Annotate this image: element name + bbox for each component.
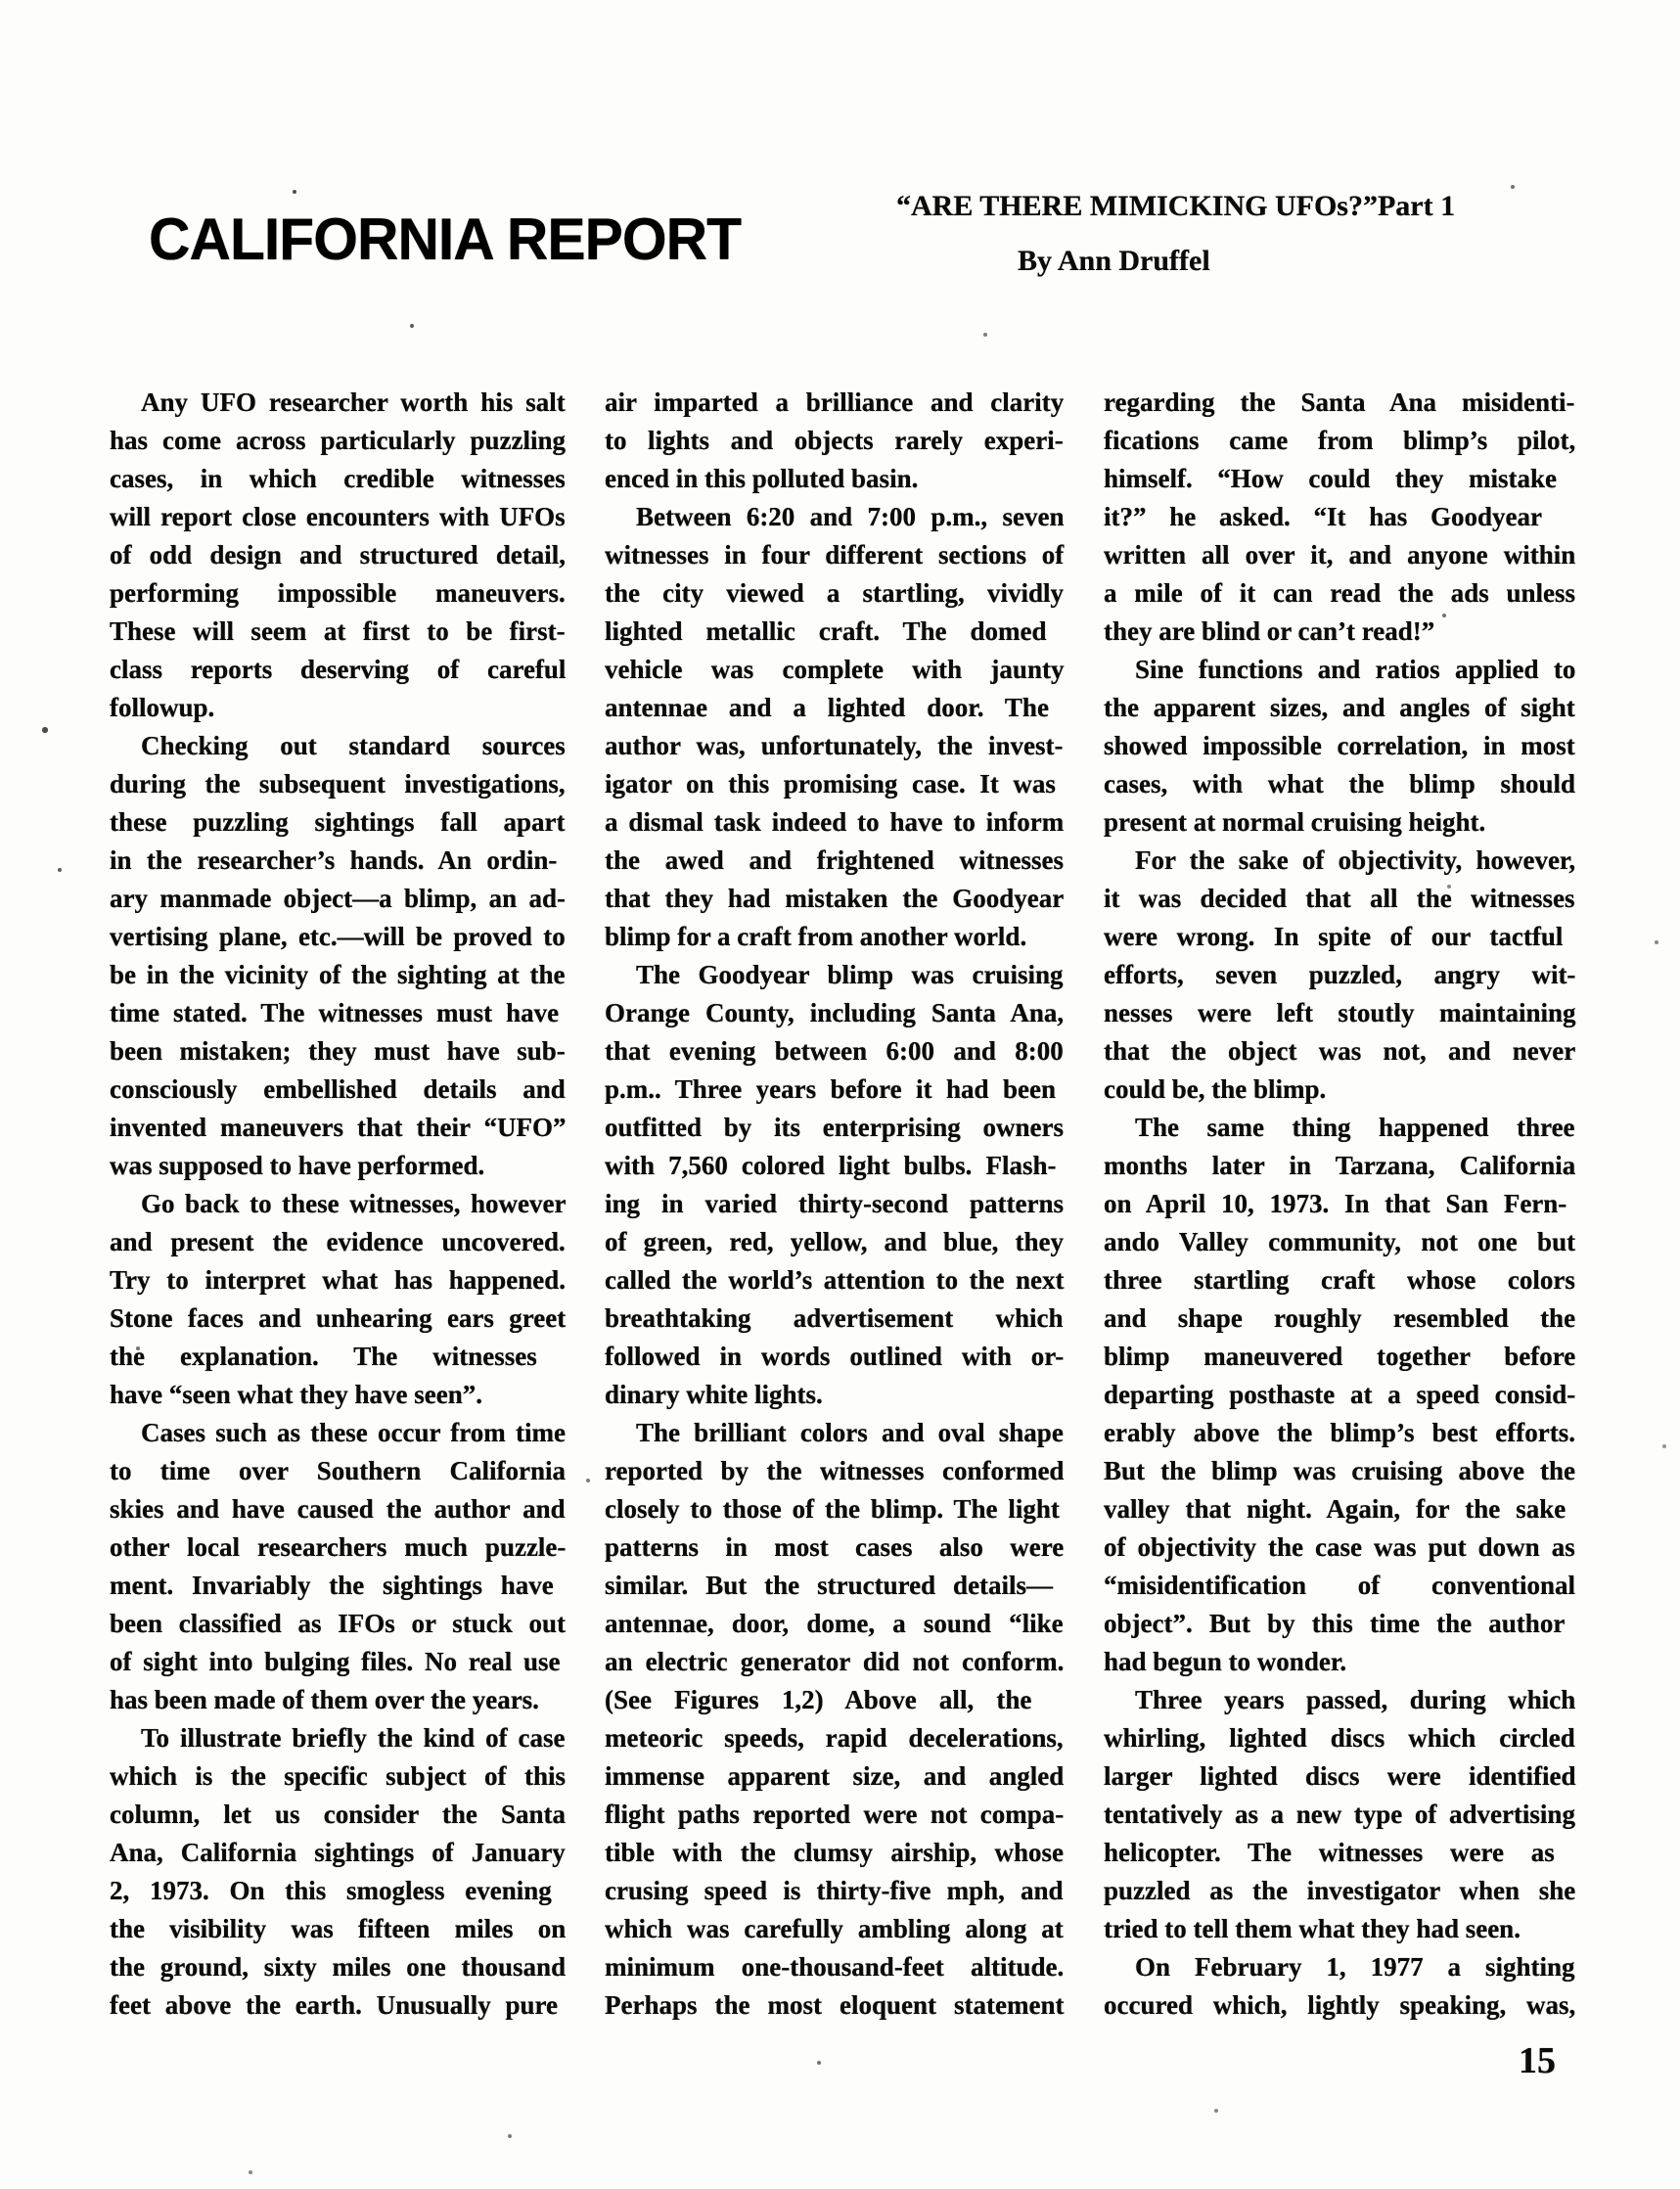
text-line: breathtaking advertisement which bbox=[605, 1300, 1064, 1338]
text-line: which is the specific subject of this bbox=[110, 1757, 566, 1796]
text-line: p.m.. Three years before it had been bbox=[605, 1071, 1064, 1109]
text-line: Cases such as these occur from time bbox=[110, 1414, 566, 1452]
scan-speckles bbox=[0, 0, 2, 2]
text-line: the explanation. The witnesses bbox=[110, 1338, 566, 1376]
text-line: object”. But by this time the author bbox=[1104, 1605, 1575, 1643]
article-title: “ARE THERE MIMICKING UFOs?” bbox=[896, 190, 1378, 223]
text-line: immense apparent size, and angled bbox=[605, 1757, 1064, 1796]
text-line: class reports deserving of careful bbox=[110, 651, 566, 689]
text-line: tible with the clumsy airship, whose bbox=[605, 1834, 1064, 1872]
text-line: meteoric speeds, rapid decelerations, bbox=[605, 1719, 1064, 1757]
text-line: tried to tell them what they had seen. bbox=[1104, 1910, 1575, 1948]
page-number: 15 bbox=[1519, 2039, 1556, 2082]
text-line: For the sake of objectivity, however, bbox=[1104, 842, 1575, 880]
text-line: and shape roughly resembled the bbox=[1104, 1300, 1575, 1338]
text-line: regarding the Santa Ana misidenti- bbox=[1104, 384, 1575, 422]
scanned-article-page: CALIFORNIA REPORT “ARE THERE MIMICKING U… bbox=[0, 0, 1680, 2189]
text-line: nesses were left stoutly maintaining bbox=[1104, 994, 1575, 1032]
text-line: the apparent sizes, and angles of sight bbox=[1104, 689, 1575, 727]
text-line: followup. bbox=[110, 689, 566, 727]
text-line: ando Valley community, not one but bbox=[1104, 1223, 1575, 1261]
text-line: it was decided that all the witnesses bbox=[1104, 880, 1575, 918]
text-line: that they had mistaken the Goodyear bbox=[605, 880, 1064, 918]
text-line: The Goodyear blimp was cruising bbox=[605, 956, 1064, 994]
text-line: the city viewed a startling, vividly bbox=[605, 574, 1064, 613]
text-line: antennae and a lighted door. The bbox=[605, 689, 1064, 727]
text-line: the awed and frightened witnesses bbox=[605, 842, 1064, 880]
text-line: been classified as IFOs or stuck out bbox=[110, 1605, 566, 1643]
text-line: skies and have caused the author and bbox=[110, 1490, 566, 1528]
text-line: of odd design and structured detail, bbox=[110, 536, 566, 574]
text-line: blimp for a craft from another world. bbox=[605, 918, 1064, 956]
text-line: Try to interpret what has happened. bbox=[110, 1261, 566, 1300]
text-line: flight paths reported were not compa- bbox=[605, 1796, 1064, 1834]
text-line: performing impossible maneuvers. bbox=[110, 574, 566, 613]
text-line: had begun to wonder. bbox=[1104, 1643, 1575, 1681]
text-line: reported by the witnesses conformed bbox=[605, 1452, 1064, 1490]
text-line: ing in varied thirty-second patterns bbox=[605, 1185, 1064, 1223]
text-line: these puzzling sightings fall apart bbox=[110, 803, 566, 842]
text-line: similar. But the structured details— bbox=[605, 1567, 1064, 1605]
text-line: closely to those of the blimp. The light bbox=[605, 1490, 1064, 1528]
text-line: occured which, lightly speaking, was, bbox=[1104, 1986, 1575, 2025]
text-line: with 7,560 colored light bulbs. Flash- bbox=[605, 1147, 1064, 1185]
text-line: “misidentification of conventional bbox=[1104, 1567, 1575, 1605]
text-line: cases, in which credible witnesses bbox=[110, 460, 566, 498]
text-line: witnesses in four different sections of bbox=[605, 536, 1064, 574]
text-line: followed in words outlined with or- bbox=[605, 1338, 1064, 1376]
text-line: fications came from blimp’s pilot, bbox=[1104, 422, 1575, 460]
text-line: which was carefully ambling along at bbox=[605, 1910, 1064, 1948]
text-line: of objectivity the case was put down as bbox=[1104, 1528, 1575, 1567]
text-line: These will seem at first to be first- bbox=[110, 613, 566, 651]
article-header: “ARE THERE MIMICKING UFOs?” Part 1 bbox=[896, 190, 1446, 223]
text-line: months later in Tarzana, California bbox=[1104, 1147, 1575, 1185]
text-line: patterns in most cases also were bbox=[605, 1528, 1064, 1567]
text-line: vehicle was complete with jaunty bbox=[605, 651, 1064, 689]
text-line: other local researchers much puzzle- bbox=[110, 1528, 566, 1567]
text-line: and present the evidence uncovered. bbox=[110, 1223, 566, 1261]
text-line: (See Figures 1,2) Above all, the bbox=[605, 1681, 1064, 1719]
text-line: cases, with what the blimp should bbox=[1104, 765, 1575, 803]
text-line: be in the vicinity of the sighting at th… bbox=[110, 956, 566, 994]
text-line: showed impossible correlation, in most bbox=[1104, 727, 1575, 765]
text-line: erably above the blimp’s best efforts. bbox=[1104, 1414, 1575, 1452]
text-line: whirling, lighted discs which circled bbox=[1104, 1719, 1575, 1757]
text-line: puzzled as the investigator when she bbox=[1104, 1872, 1575, 1910]
text-line: Go back to these witnesses, however bbox=[110, 1185, 566, 1223]
text-line: has been made of them over the years. bbox=[110, 1681, 566, 1719]
text-line: Orange County, including Santa Ana, bbox=[605, 994, 1064, 1032]
text-line: that evening between 6:00 and 8:00 bbox=[605, 1032, 1064, 1071]
text-line: efforts, seven puzzled, angry wit- bbox=[1104, 956, 1575, 994]
text-line: feet above the earth. Unusually pure bbox=[110, 1986, 566, 2025]
text-line: But the blimp was cruising above the bbox=[1104, 1452, 1575, 1490]
text-line: of green, red, yellow, and blue, they bbox=[605, 1223, 1064, 1261]
text-line: ary manmade object—a blimp, an ad- bbox=[110, 880, 566, 918]
text-line: igator on this promising case. It was bbox=[605, 765, 1064, 803]
text-line: called the world’s attention to the next bbox=[605, 1261, 1064, 1300]
text-line: ment. Invariably the sightings have bbox=[110, 1567, 566, 1605]
text-line: they are blind or can’t read!” bbox=[1104, 613, 1575, 651]
text-line: The same thing happened three bbox=[1104, 1109, 1575, 1147]
text-line: minimum one-thousand-feet altitude. bbox=[605, 1948, 1064, 1986]
text-line: lighted metallic craft. The domed bbox=[605, 613, 1064, 651]
text-line: Checking out standard sources bbox=[110, 727, 566, 765]
text-line: that the object was not, and never bbox=[1104, 1032, 1575, 1071]
text-line: helicopter. The witnesses were as bbox=[1104, 1834, 1575, 1872]
text-line: it?” he asked. “It has Goodyear bbox=[1104, 498, 1575, 536]
text-line: Perhaps the most eloquent statement bbox=[605, 1986, 1064, 2025]
text-line: Between 6:20 and 7:00 p.m., seven bbox=[605, 498, 1064, 536]
text-line: a dismal task indeed to have to inform bbox=[605, 803, 1064, 842]
text-line: crusing speed is thirty-five mph, and bbox=[605, 1872, 1064, 1910]
text-line: valley that night. Again, for the sake bbox=[1104, 1490, 1575, 1528]
text-line: on April 10, 1973. In that San Fern- bbox=[1104, 1185, 1575, 1223]
text-line: Sine functions and ratios applied to bbox=[1104, 651, 1575, 689]
article-part-label: Part 1 bbox=[1378, 190, 1455, 223]
text-line: outfitted by its enterprising owners bbox=[605, 1109, 1064, 1147]
text-line: consciously embellished details and bbox=[110, 1071, 566, 1109]
masthead-title: CALIFORNIA REPORT bbox=[149, 205, 741, 273]
text-line: time stated. The witnesses must have bbox=[110, 994, 566, 1032]
text-line: three startling craft whose colors bbox=[1104, 1261, 1575, 1300]
text-line: to time over Southern California bbox=[110, 1452, 566, 1490]
text-line: to lights and objects rarely experi- bbox=[605, 422, 1064, 460]
text-line: written all over it, and anyone within bbox=[1104, 536, 1575, 574]
text-line: larger lighted discs were identified bbox=[1104, 1757, 1575, 1796]
column-3: regarding the Santa Ana misidenti-ficati… bbox=[1104, 384, 1575, 2025]
text-line: has come across particularly puzzling bbox=[110, 422, 566, 460]
text-line: have “seen what they have seen”. bbox=[110, 1376, 566, 1414]
text-line: The brilliant colors and oval shape bbox=[605, 1414, 1064, 1452]
text-line: himself. “How could they mistake bbox=[1104, 460, 1575, 498]
text-line: Stone faces and unhearing ears greet bbox=[110, 1300, 566, 1338]
text-line: tentatively as a new type of advertising bbox=[1104, 1796, 1575, 1834]
text-line: vertising plane, etc.—will be proved to bbox=[110, 918, 566, 956]
text-line: during the subsequent investigations, bbox=[110, 765, 566, 803]
text-line: departing posthaste at a speed consid- bbox=[1104, 1376, 1575, 1414]
text-line: been mistaken; they must have sub- bbox=[110, 1032, 566, 1071]
column-2: air imparted a brilliance and clarityto … bbox=[605, 384, 1064, 2025]
text-line: the ground, sixty miles one thousand bbox=[110, 1948, 566, 1986]
text-line: On February 1, 1977 a sighting bbox=[1104, 1948, 1575, 1986]
text-line: in the researcher’s hands. An ordin- bbox=[110, 842, 566, 880]
byline: By Ann Druffel bbox=[1018, 245, 1210, 278]
text-line: Any UFO researcher worth his salt bbox=[110, 384, 566, 422]
text-line: an electric generator did not conform. bbox=[605, 1643, 1064, 1681]
text-line: 2, 1973. On this smogless evening bbox=[110, 1872, 566, 1910]
text-line: of sight into bulging files. No real use bbox=[110, 1643, 566, 1681]
text-line: air imparted a brilliance and clarity bbox=[605, 384, 1064, 422]
text-line: Three years passed, during which bbox=[1104, 1681, 1575, 1719]
column-1: Any UFO researcher worth his salthas com… bbox=[110, 384, 566, 2025]
text-line: enced in this polluted basin. bbox=[605, 460, 1064, 498]
text-line: were wrong. In spite of our tactful bbox=[1104, 918, 1575, 956]
text-line: Ana, California sightings of January bbox=[110, 1834, 566, 1872]
text-line: was supposed to have performed. bbox=[110, 1147, 566, 1185]
text-line: will report close encounters with UFOs bbox=[110, 498, 566, 536]
text-line: author was, unfortunately, the invest- bbox=[605, 727, 1064, 765]
text-line: the visibility was fifteen miles on bbox=[110, 1910, 566, 1948]
text-line: dinary white lights. bbox=[605, 1376, 1064, 1414]
text-line: invented maneuvers that their “UFO” bbox=[110, 1109, 566, 1147]
text-line: a mile of it can read the ads unless bbox=[1104, 574, 1575, 613]
text-line: column, let us consider the Santa bbox=[110, 1796, 566, 1834]
text-line: antennae, door, dome, a sound “like bbox=[605, 1605, 1064, 1643]
text-line: could be, the blimp. bbox=[1104, 1071, 1575, 1109]
text-line: blimp maneuvered together before bbox=[1104, 1338, 1575, 1376]
text-line: present at normal cruising height. bbox=[1104, 803, 1575, 842]
text-line: To illustrate briefly the kind of case bbox=[110, 1719, 566, 1757]
